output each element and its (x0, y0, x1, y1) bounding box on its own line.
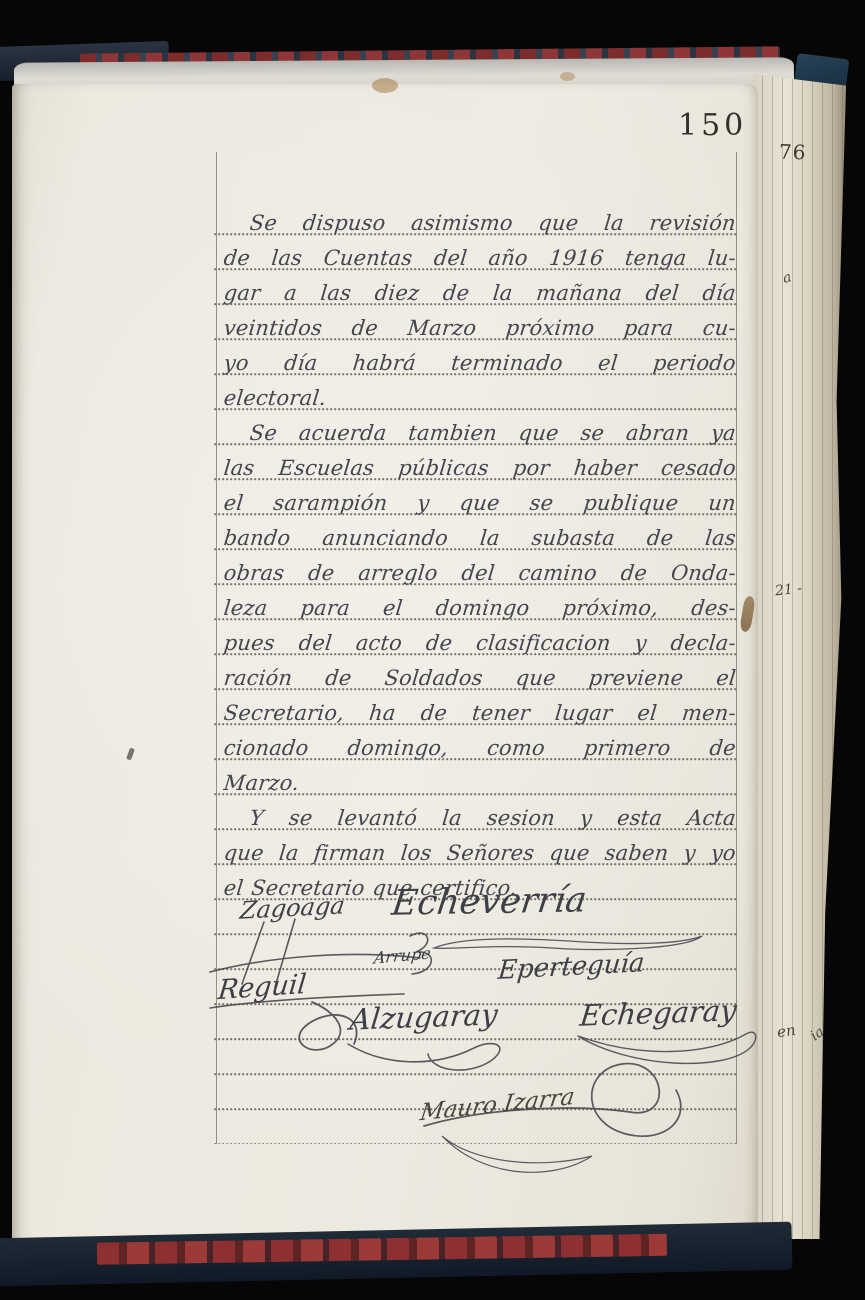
manuscript-line: obras de arreglo del camino de Onda- (222, 556, 738, 591)
manuscript-line: el sarampión y que se publique un (222, 486, 738, 521)
edge-text-fragment: a (781, 269, 793, 287)
manuscript-line: leza para el domingo próximo, des- (222, 591, 738, 626)
signature-echeverria: Echeverría (390, 880, 589, 923)
manuscript-line: Y se levantó la sesion y esta Acta (222, 801, 738, 836)
paper-stain (560, 72, 575, 81)
manuscript-line: Se dispuso asimismo que la revisión (222, 206, 738, 241)
manuscript-line: pues del acto de clasificacion y decla- (222, 626, 738, 661)
manuscript-line: Secretario, ha de tener lugar el men- (222, 696, 738, 731)
paper-stain (372, 78, 398, 93)
edge-text-fragment: ia (808, 1024, 828, 1044)
manuscript-line: veintidos de Marzo próximo para cu- (222, 311, 738, 346)
page-number: 150 (678, 108, 747, 143)
signature-reguil: Reguil (216, 969, 307, 1006)
manuscript-page: 150 Se dispuso asimismo que la revisiónd… (12, 84, 758, 1244)
manuscript-line: que la firman los Señores que saben y yo (222, 836, 738, 871)
edge-text-fragment: en (776, 1021, 797, 1041)
signature-alzugaray: Alzugaray (348, 997, 499, 1036)
manuscript-line: ración de Soldados que previene el (222, 661, 738, 696)
ink-stain (739, 595, 755, 632)
manuscript-line: bando anunciando la subasta de las (222, 521, 738, 556)
manuscript-line: las Escuelas públicas por haber cesado (222, 451, 738, 486)
manuscript-line: Se acuerda tambien que se abran ya (222, 416, 738, 451)
book-photo: 76 a 21 - en ia 150 Se dispuso asimismo … (0, 0, 865, 1300)
manuscript-line: electoral. (222, 381, 738, 416)
edge-text-fragment: 21 - (774, 581, 803, 600)
signature-zagoaga: Zagoaga (238, 891, 346, 925)
manuscript-line: cionado domingo, como primero de (222, 731, 738, 766)
ink-speck (126, 748, 135, 761)
marbled-cover-edge-bottom (97, 1234, 667, 1265)
signature-echegaray: Echegaray (578, 993, 738, 1033)
manuscript-line: yo día habrá terminado el periodo (222, 346, 738, 381)
page-stack-fore-edge: 76 a 21 - en ia (753, 74, 848, 1239)
manuscript-line: Marzo. (222, 766, 738, 801)
adjacent-page-number: 76 (779, 140, 807, 165)
manuscript-line: de las Cuentas del año 1916 tenga lu- (222, 241, 738, 276)
manuscript-line: gar a las diez de la mañana del día (222, 276, 738, 311)
